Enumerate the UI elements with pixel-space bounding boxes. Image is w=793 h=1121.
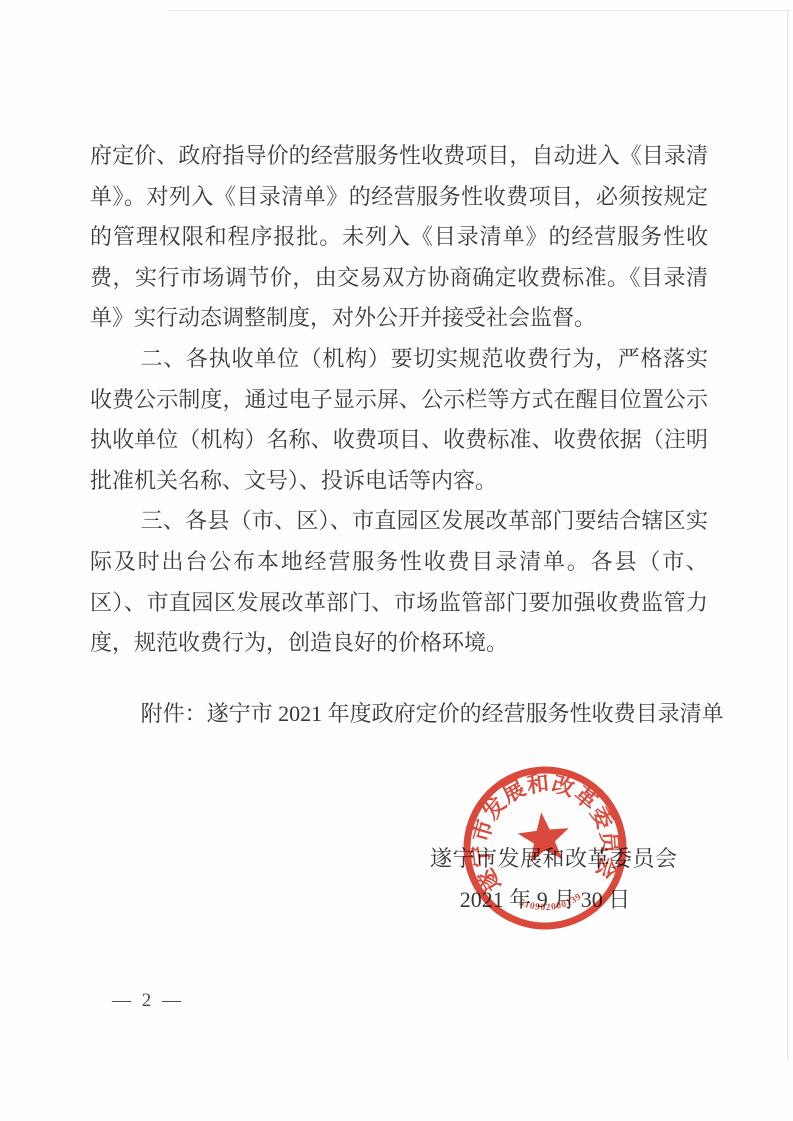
scan-edge-line-right [787, 10, 788, 1060]
document-page: 府定价、政府指导价的经营服务性收费项目，自动进入《目录清单》。对列入《目录清单》… [0, 0, 793, 1121]
page-number: — 2 — [112, 990, 184, 1012]
official-seal: 遂宁市发展和改革委员会 510902000139 [435, 738, 655, 958]
paragraph-continuation: 府定价、政府指导价的经营服务性收费项目，自动进入《目录清单》。对列入《目录清单》… [90, 136, 708, 339]
svg-text:510902000139: 510902000139 [517, 891, 585, 916]
body-text: 府定价、政府指导价的经营服务性收费项目，自动进入《目录清单》。对列入《目录清单》… [90, 136, 708, 664]
seal-number: 510902000139 [517, 891, 585, 916]
star-icon [516, 810, 572, 864]
paragraph-item-3: 三、各县（市、区）、市直园区发展改革部门要结合辖区实际及时出台公布本地经营服务性… [90, 501, 708, 663]
paragraph-item-2: 二、各执收单位（机构）要切实规范收费行为，严格落实收费公示制度，通过电子显示屏、… [90, 339, 708, 501]
attachment-line: 附件：遂宁市 2021 年度政府定价的经营服务性收费目录清单 [90, 697, 740, 731]
scan-edge-line-top [168, 10, 790, 11]
